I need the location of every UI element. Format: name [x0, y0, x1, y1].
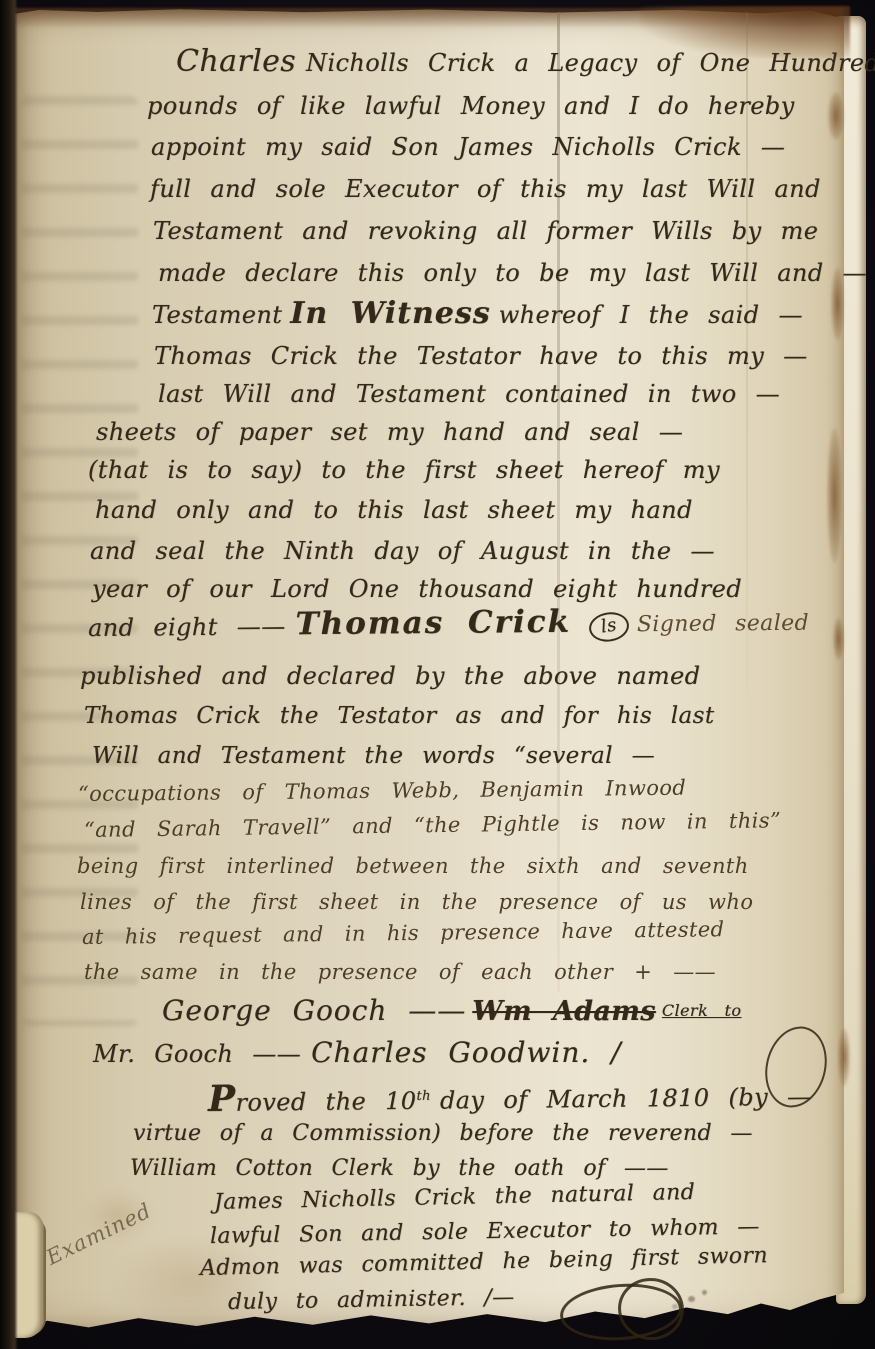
text-line: TestamentIn Witnesswhereof I the said —: [152, 296, 803, 331]
text-segment: P: [208, 1078, 236, 1120]
text-line: William Cotton Clerk by the oath of ——: [130, 1156, 669, 1181]
text-segment: Nicholls Crick a Legacy of One Hundred: [306, 49, 875, 77]
text-line: year of our Lord One thousand eight hund…: [92, 575, 742, 603]
text-line: Will and Testament the words “several —: [92, 743, 655, 769]
text-line: (that is to say) to the first sheet here…: [88, 456, 720, 484]
text-segment: whereof I the said —: [499, 301, 803, 329]
gutter-stain: [833, 618, 844, 660]
text-segment: Signed sealed: [637, 611, 809, 638]
witness-signature: Charles Goodwin. /: [311, 1036, 622, 1069]
text-line: duly to administer. /—: [228, 1285, 515, 1315]
testator-signature-line: and eight ——Thomas CricklsSigned sealed: [88, 602, 809, 646]
text-line: hand only and to this last sheet my hand: [95, 496, 693, 524]
text-line: CharlesNicholls Crick a Legacy of One Hu…: [176, 44, 875, 79]
witness-line: Mr. Gooch ——Charles Goodwin. /: [93, 1036, 622, 1069]
ink-smudge: [702, 1290, 707, 1295]
probate-line: Proved the 10thday of March 1810 (by —: [208, 1072, 812, 1120]
text-line: lines of the first sheet in the presence…: [80, 890, 753, 914]
text-line: appoint my said Son James Nicholls Crick…: [151, 133, 785, 161]
ink-smudge: [688, 1296, 695, 1302]
text-line: pounds of like lawful Money and I do her…: [147, 92, 795, 120]
text-segment: and eight ——: [88, 612, 286, 642]
clerk-annotation: Clerk to: [662, 1001, 742, 1020]
witness-line: George Gooch ——Wm AdamsClerk to: [162, 994, 741, 1027]
testator-signature: Thomas Crick: [295, 604, 571, 642]
witness-signature: George Gooch ——: [162, 994, 466, 1027]
struck-signature: Wm Adams: [472, 996, 656, 1027]
ordinal-superscript: th: [416, 1089, 431, 1104]
gutter-stain: [827, 428, 842, 563]
text-line: published and declared by the above name…: [80, 662, 700, 690]
text-line: Thomas Crick the Testator as and for his…: [84, 703, 714, 729]
gutter-stain: [838, 1028, 850, 1086]
text-segment: Mr. Gooch ——: [93, 1040, 301, 1068]
text-segment: Charles: [176, 44, 296, 79]
text-line: sheets of paper set my hand and seal —: [96, 418, 683, 446]
text-line: the same in the presence of each other +…: [84, 960, 716, 984]
text-segment-emphasis: In Witness: [290, 296, 490, 331]
text-line: Testament and revoking all former Wills …: [153, 217, 818, 245]
text-line: Thomas Crick the Testator have to this m…: [154, 342, 808, 370]
manuscript-scan: CharlesNicholls Crick a Legacy of One Hu…: [0, 0, 875, 1349]
gutter-stain: [828, 92, 844, 140]
seal-mark: ls: [587, 610, 631, 645]
text-line: last Will and Testament contained in two…: [158, 380, 780, 408]
text-line: full and sole Executor of this my last W…: [150, 175, 821, 203]
text-segment: day of March 1810 (by —: [440, 1083, 812, 1115]
text-line: and seal the Ninth day of August in the …: [90, 537, 715, 565]
text-line: virtue of a Commission) before the rever…: [133, 1121, 753, 1146]
text-segment: Testament: [152, 301, 282, 329]
text-segment: roved the 10: [235, 1087, 416, 1117]
book-binding-shadow: [0, 0, 18, 1349]
text-line: made declare this only to be my last Wil…: [158, 259, 867, 287]
text-line: being first interlined between the sixth…: [77, 854, 749, 878]
